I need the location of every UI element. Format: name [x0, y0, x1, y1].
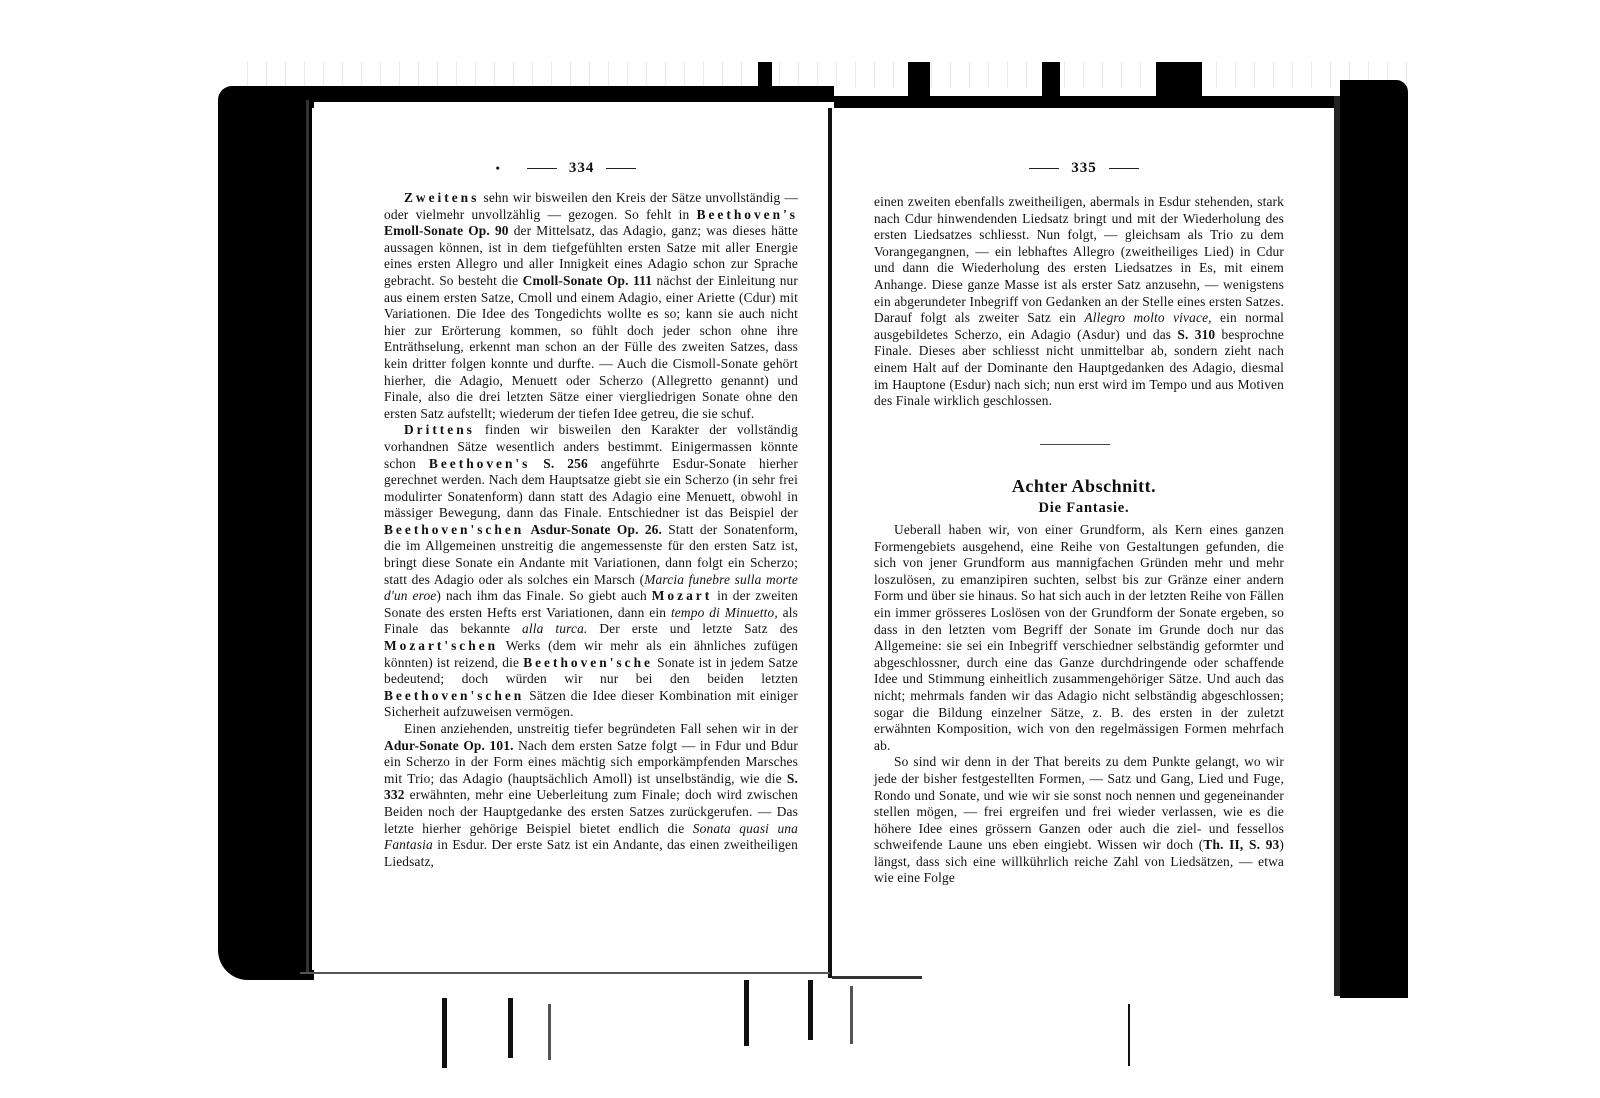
text-run: Einen anziehenden, unstreitig tiefer beg… — [404, 721, 798, 736]
page-bottom-edge — [832, 976, 922, 979]
text-run: Der erste und letzte Satz des — [587, 621, 798, 636]
ribbon-tab — [1042, 62, 1060, 102]
bold-text: Adur-Sonate Op. 101. — [384, 738, 514, 753]
scan-noise — [240, 62, 1420, 88]
section-body-text: Ueberall haben wir, von einer Grundform,… — [874, 522, 1284, 887]
paragraph: Zweitens sehn wir bisweilen den Kreis de… — [384, 190, 798, 422]
dot-mark: • — [496, 161, 501, 176]
book-cover-top-left-edge — [236, 86, 834, 102]
book-spine — [828, 108, 832, 978]
dash-ornament — [606, 168, 636, 169]
spaced-text: Mozart — [652, 588, 712, 603]
page-number: •334 — [452, 160, 692, 177]
continuation-text: einen zweiten ebenfalls zweitheiligen, a… — [874, 194, 1284, 410]
paragraph: einen zweiten ebenfalls zweitheiligen, a… — [874, 194, 1284, 410]
book-scan: •334 Zweitens sehn wir bisweilen den Kre… — [0, 0, 1600, 1098]
paragraph: So sind wir denn in der That bereits zu … — [874, 754, 1284, 887]
dash-ornament — [527, 168, 557, 169]
spaced-text: Beethoven's — [697, 207, 798, 222]
italic-text: tempo di Minuetto, — [671, 605, 778, 620]
bold-text: Cmoll-Sonate Op. 111 — [523, 273, 652, 288]
page-number: 335 — [1014, 160, 1154, 177]
ribbon-tail — [744, 980, 749, 1046]
paragraph: Ueberall haben wir, von einer Grundform,… — [874, 522, 1284, 754]
paragraph: Drittens finden wir bisweilen den Karakt… — [384, 422, 798, 721]
spaced-text: Beethoven's — [429, 456, 530, 471]
spaced-text: Beethoven'schen — [384, 522, 524, 537]
section-subtitle: Die Fantasie. — [834, 500, 1334, 517]
ribbon-tail — [850, 986, 853, 1044]
ribbon-tail — [808, 980, 813, 1040]
bold-text: S. 310 — [1177, 327, 1215, 342]
page-stack-left-edge — [306, 100, 309, 972]
ribbon-tab — [908, 62, 930, 100]
book-cover-left-edge — [218, 86, 314, 980]
section-separator — [1040, 444, 1110, 445]
ribbon-tail — [548, 1004, 551, 1060]
bold-text: S. 256 — [543, 456, 588, 471]
bold-text: Emoll-Sonate Op. 90 — [384, 223, 509, 238]
page-bottom-edge — [300, 972, 830, 974]
dash-ornament — [1029, 168, 1059, 169]
page-number-text: 335 — [1071, 160, 1097, 176]
italic-text: alla turca. — [522, 621, 587, 636]
text-run: Ueberall haben wir, von einer Grundform,… — [874, 522, 1284, 753]
text-run: nächst der Einleitung nur aus einem erst… — [384, 273, 798, 421]
paragraph: Einen anziehenden, unstreitig tiefer beg… — [384, 721, 798, 870]
page-stack-right-edge — [1334, 96, 1340, 996]
spaced-text: Mozart'schen — [384, 638, 498, 653]
text-run: einen zweiten ebenfalls zweitheiligen, a… — [874, 194, 1284, 325]
text-run: in Esdur. Der erste Satz ist ein Andante… — [384, 837, 798, 869]
ribbon-tail — [442, 998, 447, 1068]
left-page: •334 Zweitens sehn wir bisweilen den Kre… — [312, 108, 826, 970]
text-run: ) nach ihm das Finale. So giebt auch — [436, 588, 651, 603]
italic-text: Allegro molto vivace, — [1084, 310, 1211, 325]
ribbon-tab — [758, 62, 772, 98]
ribbon-tab — [1156, 62, 1202, 102]
bold-text: Th. II, S. 93 — [1203, 837, 1279, 852]
bold-text: Asdur-Sonate Op. 26. — [530, 522, 662, 537]
book-cover-right-edge — [1340, 80, 1408, 998]
spaced-text: Drittens — [404, 422, 475, 437]
ribbon-tail — [1128, 1004, 1130, 1066]
page-number-text: 334 — [569, 160, 595, 176]
ribbon-tail — [508, 998, 513, 1058]
dash-ornament — [1109, 168, 1139, 169]
spaced-text: Beethoven'schen — [384, 688, 524, 703]
section-title: Achter Abschnitt. — [834, 476, 1334, 497]
text-run — [530, 456, 543, 471]
spaced-text: Beethoven'sche — [523, 655, 653, 670]
body-text: Zweitens sehn wir bisweilen den Kreis de… — [384, 190, 798, 870]
right-page: 335 einen zweiten ebenfalls zweitheilige… — [834, 108, 1334, 976]
spaced-text: Zweitens — [404, 190, 479, 205]
